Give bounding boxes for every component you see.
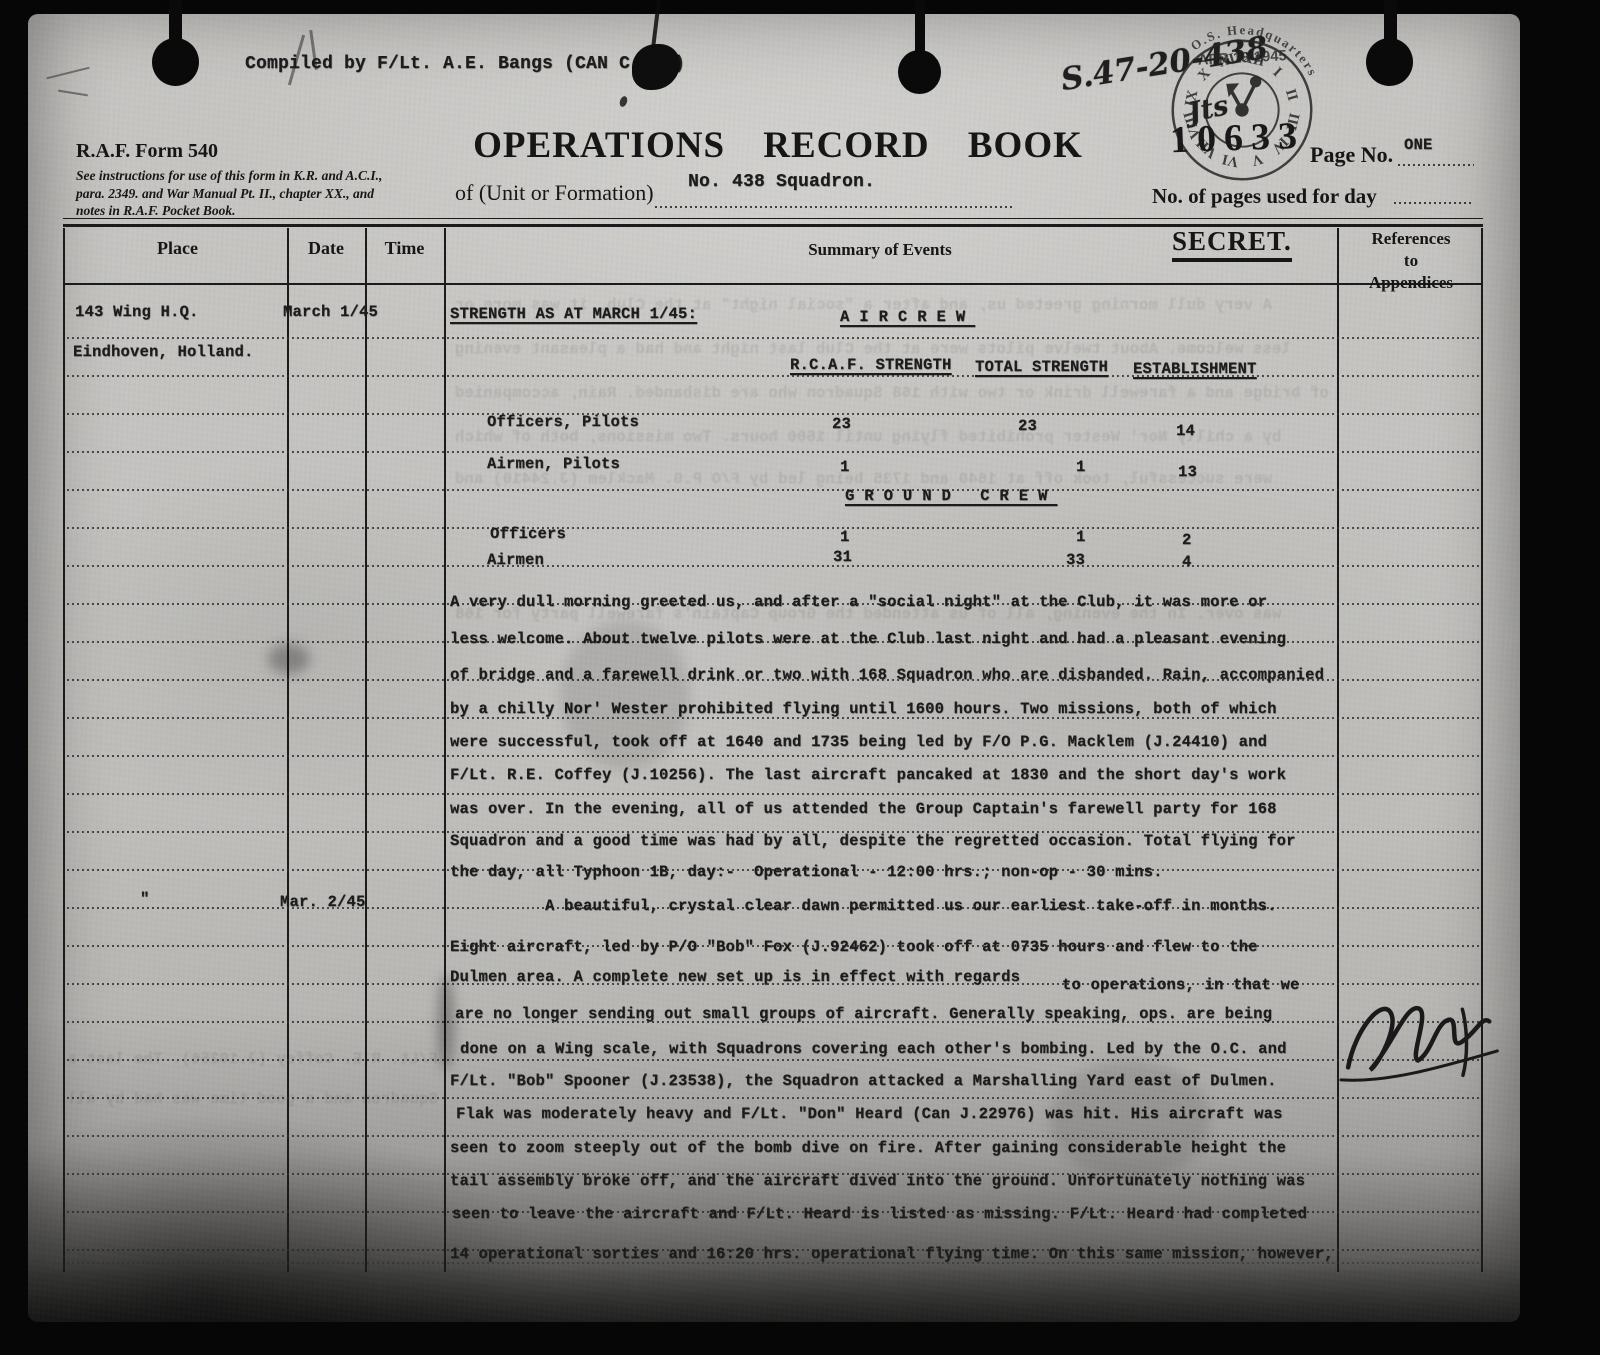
punch-hole-icon xyxy=(1366,38,1413,86)
page-title: OPERATIONS RECORD BOOK xyxy=(468,124,1088,167)
table-border-left xyxy=(63,228,65,1272)
typed-line: 4 xyxy=(1182,553,1192,571)
typed-line: seen to leave the aircraft and F/Lt. Hea… xyxy=(452,1205,1307,1223)
typed-line: F/Lt. R.E. Coffey (J.10256). The last ai… xyxy=(450,766,1286,784)
typed-line: March 1/45 xyxy=(283,303,378,321)
typed-line: 143 Wing H.Q. xyxy=(75,303,199,321)
typed-line: are no longer sending out small groups o… xyxy=(455,1005,1272,1023)
column-header-time: Time xyxy=(367,238,442,259)
stamp-dial-numeral: I xyxy=(1270,65,1285,81)
page-no-dotted-line xyxy=(1398,164,1474,166)
bleedthrough-text: was over. In the evening, all of us atte… xyxy=(455,605,1282,623)
stamp-date-text: APR 18 1945 xyxy=(1197,48,1287,69)
table-header-rule xyxy=(63,283,1483,285)
stain xyxy=(560,620,690,770)
stamp-serial-number: 10633 xyxy=(1169,114,1305,163)
ledger-rule xyxy=(67,1135,1481,1137)
table-top-thin-rule xyxy=(63,218,1483,219)
pages-used-dotted-line xyxy=(1394,202,1474,204)
unit-value: No. 438 Squadron. xyxy=(688,172,875,192)
typed-line: 31 xyxy=(833,548,852,566)
typed-line: Airmen xyxy=(487,551,544,569)
typed-line: GROUND CREW xyxy=(845,487,1057,505)
bleedthrough-text: F/Lt. R.E. Coffey (J.10256). The last ai… xyxy=(70,1050,438,1068)
stamp-clock-hands xyxy=(1223,72,1261,117)
typed-line: Officers xyxy=(490,525,566,543)
ledger-rule xyxy=(67,375,1481,377)
typed-line: ESTABLISHMENT xyxy=(1133,360,1257,378)
typed-line: done on a Wing scale, with Squadrons cov… xyxy=(460,1040,1287,1058)
typed-line: R.C.A.F. STRENGTH xyxy=(790,356,952,374)
typed-line: Squadron and a good time was had by all,… xyxy=(450,832,1296,850)
punch-hole-icon xyxy=(152,38,199,86)
typed-line: Mar. 2/45 xyxy=(280,893,366,911)
pages-used-label: No. of pages used for day xyxy=(1152,184,1377,209)
typed-line: Eight aircraft, led by P/O "Bob" Fox (J.… xyxy=(450,938,1258,956)
column-divider-time-summary xyxy=(444,228,446,1272)
ledger-rule xyxy=(67,527,1481,529)
bleedthrough-text: A very dull morning greeted us, and afte… xyxy=(455,296,1272,314)
stamp-dial-numeral: IX xyxy=(1182,88,1201,108)
ledger-rule xyxy=(67,565,1481,567)
stain xyxy=(1050,1060,1210,1180)
typed-line: Eindhoven, Holland. xyxy=(73,343,254,361)
typed-line: 1 xyxy=(1076,528,1086,546)
column-divider-date-time xyxy=(365,228,367,1272)
ledger-rule xyxy=(67,451,1481,453)
bleedthrough-text: Squadron and a good time was had by all,… xyxy=(70,1090,438,1108)
typed-line: 2 xyxy=(1182,531,1192,549)
classification-stamp: SECRET. xyxy=(1172,226,1292,262)
unit-label: of (Unit or Formation) xyxy=(455,180,654,206)
column-header-place: Place xyxy=(90,238,265,259)
typed-line: A beautiful, crystal clear dawn permitte… xyxy=(545,897,1277,915)
compiled-by-line: Compiled by F/Lt. A.E. Bangs (CAN C 871) xyxy=(245,54,685,74)
typed-line: 14 operational sorties and 16:20 hrs. op… xyxy=(450,1245,1334,1263)
page-no-value: ONE xyxy=(1404,136,1433,154)
unit-dotted-line xyxy=(655,206,1013,208)
typed-line: tail assembly broke off, and the aircraf… xyxy=(450,1172,1305,1190)
form-number: R.A.F. Form 540 xyxy=(76,140,218,163)
column-header-references: References to Appendices xyxy=(1342,228,1480,294)
stain xyxy=(268,644,310,674)
column-header-summary: Summary of Events xyxy=(760,240,1000,260)
bleedthrough-text: less welcome. About twelve pilots were a… xyxy=(455,340,1291,358)
stamp-dial-numeral: II xyxy=(1282,87,1301,103)
typed-line: Dulmen area. A complete new set up is in… xyxy=(450,968,1020,986)
typed-line: TOTAL STRENGTH xyxy=(975,358,1108,376)
page-no-label: Page No. xyxy=(1310,142,1393,168)
ledger-rule xyxy=(67,337,1481,339)
bleedthrough-text: were successful, took off at 1640 and 17… xyxy=(455,470,1272,488)
ledger-rule xyxy=(67,793,1481,795)
typed-line: 1 xyxy=(840,528,850,546)
table-border-right xyxy=(1481,228,1483,1272)
form-instructions: See instructions for use of this form in… xyxy=(76,167,436,220)
scanned-document-photo: Compiled by F/Lt. A.E. Bangs (CAN C 871)… xyxy=(0,0,1600,1355)
handwritten-signature xyxy=(1333,976,1515,1092)
ledger-rule xyxy=(67,413,1481,415)
bleedthrough-text: by a chilly Nor' Wester prohibited flyin… xyxy=(455,428,1282,446)
punch-hole-icon xyxy=(898,50,941,94)
typed-line: " xyxy=(140,890,150,908)
ledger-rule xyxy=(67,755,1481,757)
typed-line: to operations, in that we xyxy=(1062,976,1300,994)
typed-line: was over. In the evening, all of us atte… xyxy=(450,800,1277,818)
bleedthrough-text: of bridge and a farewell drink or two wi… xyxy=(455,384,1329,402)
typed-line: 33 xyxy=(1066,551,1085,569)
column-header-date: Date xyxy=(289,238,363,259)
ledger-rule xyxy=(67,489,1481,491)
typed-line: the day, all Typhoon 1B, day:- Operation… xyxy=(450,863,1163,881)
column-divider-summary-references xyxy=(1337,228,1339,1272)
stain xyxy=(438,975,454,1070)
column-divider-place-date xyxy=(287,228,289,1272)
